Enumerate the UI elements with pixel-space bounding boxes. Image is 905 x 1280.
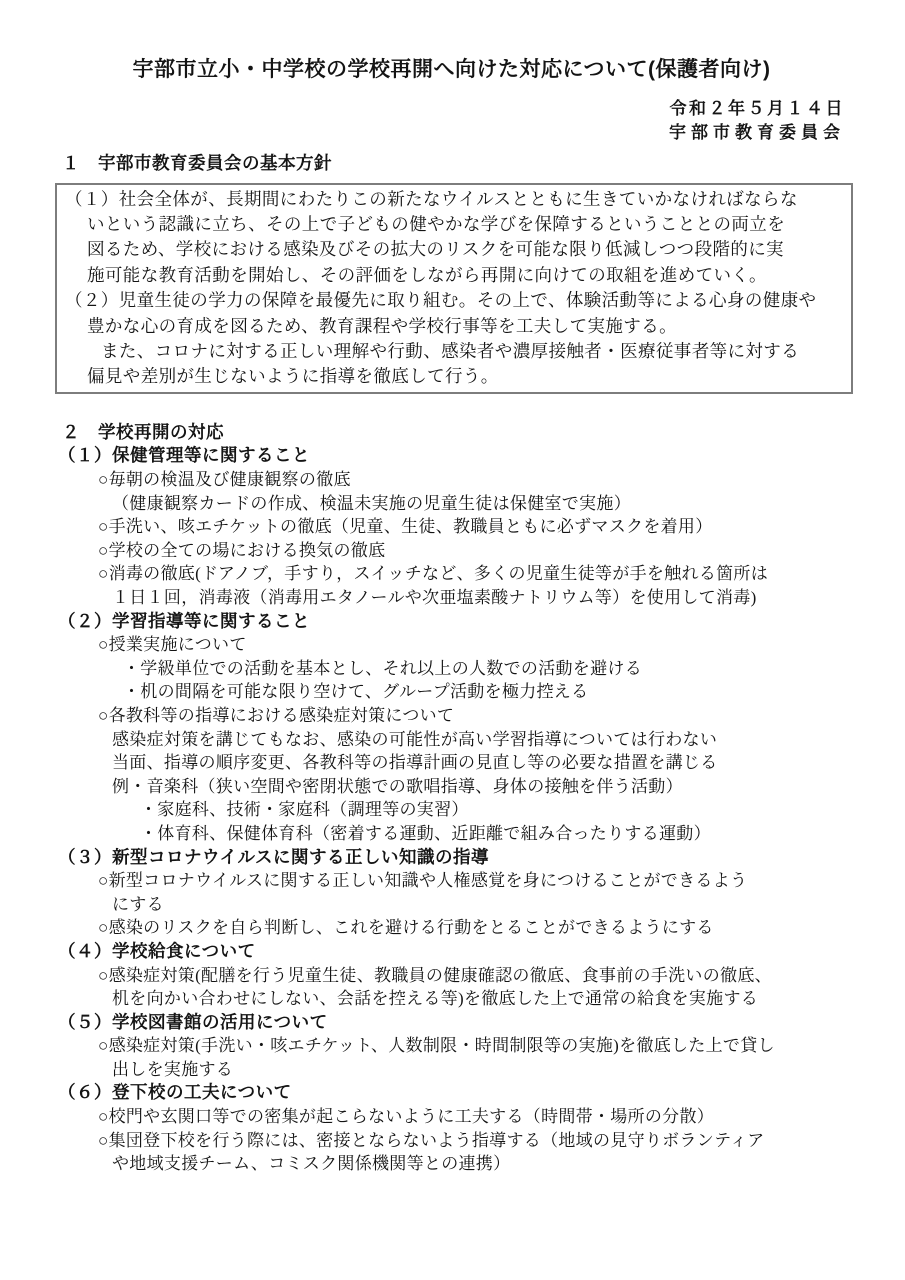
section1-heading: １ 宇部市教育委員会の基本方針 xyxy=(58,152,845,176)
page-title: 宇部市立小・中学校の学校再開へ向けた対応について(保護者向け) xyxy=(58,55,845,84)
document-page: 宇部市立小・中学校の学校再開へ向けた対応について(保護者向け) 令和２年５月１４… xyxy=(0,0,905,1280)
continuation-line: 感染症対策を講じてもなお、感染の可能性が高い学習指導については行わない xyxy=(58,728,845,752)
continuation-line: （健康観察カードの作成、検温未実施の児童生徒は保健室で実施） xyxy=(58,492,845,516)
basic-policy-box: （１）社会全体が、長期間にわたりこの新たなウイルスとともに生きていかなければなら… xyxy=(55,183,853,394)
policy-line: （２）児童生徒の学力の保障を最優先に取り組む。その上で、体験活動等による心身の健… xyxy=(65,288,845,313)
subsection-heading: （６）登下校の工夫について xyxy=(58,1081,845,1105)
bullet-line: ・家庭科、技術・家庭科（調理等の実習） xyxy=(58,798,845,822)
continuation-line: にする xyxy=(58,893,845,917)
continuation-line: 机を向かい合わせにしない、会話を控える等)を徹底した上で通常の給食を実施する xyxy=(58,987,845,1011)
bullet-line: ・机の間隔を可能な限り空けて、グループ活動を極力控える xyxy=(58,680,845,704)
policy-line: いという認識に立ち、その上で子どもの健やかな学びを保障するということとの両立を xyxy=(65,212,845,237)
continuation-line: 当面、指導の順序変更、各教科等の指導計画の見直し等の必要な措置を講じる xyxy=(58,751,845,775)
continuation-line: 出しを実施する xyxy=(58,1058,845,1082)
policy-line: 図るため、学校における感染及びその拡大のリスクを可能な限り低減しつつ段階的に実 xyxy=(65,237,845,262)
policy-line: また、コロナに対する正しい理解や行動、感染者や濃厚接触者・医療従事者等に対する xyxy=(65,339,845,364)
item-line: ○毎朝の検温及び健康観察の徹底 xyxy=(58,468,845,492)
bullet-line: ・体育科、保健体育科（密着する運動、近距離で組み合ったりする運動） xyxy=(58,822,845,846)
policy-line: 偏見や差別が生じないように指導を徹底して行う。 xyxy=(65,364,845,389)
continuation-line: や地域支援チーム、コミスク関係機関等との連携） xyxy=(58,1152,845,1176)
subsection-heading: （５）学校図書館の活用について xyxy=(58,1011,845,1035)
policy-line: （１）社会全体が、長期間にわたりこの新たなウイルスとともに生きていかなければなら… xyxy=(65,187,845,212)
item-line: ○手洗い、咳エチケットの徹底（児童、生徒、教職員ともに必ずマスクを着用） xyxy=(58,515,845,539)
section2-heading: ２ 学校再開の対応 xyxy=(58,421,845,445)
continuation-line: １日１回，消毒液（消毒用エタノールや次亜塩素酸ナトリウム等）を使用して消毒) xyxy=(58,586,845,610)
item-line: ○各教科等の指導における感染症対策について xyxy=(58,704,845,728)
policy-line: 豊かな心の育成を図るため、教育課程や学校行事等を工夫して実施する。 xyxy=(65,314,845,339)
policy-line: 施可能な教育活動を開始し、その評価をしながら再開に向けての取組を進めていく。 xyxy=(65,263,845,288)
item-line: ○校門や玄関口等での密集が起こらないように工夫する（時間帯・場所の分散） xyxy=(58,1105,845,1129)
subsection-heading: （２）学習指導等に関すること xyxy=(58,610,845,634)
item-line: ○学校の全ての場における換気の徹底 xyxy=(58,539,845,563)
subsection-heading: （１）保健管理等に関すること xyxy=(58,444,845,468)
item-line: ○授業実施について xyxy=(58,633,845,657)
item-line: ○消毒の徹底(ドアノブ，手すり，スイッチなど、多くの児童生徒等が手を触れる箇所は xyxy=(58,562,845,586)
item-line: ○集団登下校を行う際には、密接とならないよう指導する（地域の見守りボランティア xyxy=(58,1129,845,1153)
bullet-line: ・学級単位での活動を基本とし、それ以上の人数での活動を避ける xyxy=(58,657,845,681)
issuing-organization: 宇部市教育委員会 xyxy=(58,121,845,145)
item-line: ○感染症対策(手洗い・咳エチケット、人数制限・時間制限等の実施)を徹底した上で貸… xyxy=(58,1034,845,1058)
document-date: 令和２年５月１４日 xyxy=(58,97,845,121)
item-line: ○感染症対策(配膳を行う児童生徒、教職員の健康確認の徹底、食事前の手洗いの徹底、 xyxy=(58,964,845,988)
section2-body: （１）保健管理等に関すること ○毎朝の検温及び健康観察の徹底 （健康観察カードの… xyxy=(58,444,845,1175)
example-line: 例・音楽科（狭い空間や密閉状態での歌唱指導、身体の接触を伴う活動） xyxy=(58,775,845,799)
item-line: ○感染のリスクを自ら判断し、これを避ける行動をとることができるようにする xyxy=(58,916,845,940)
subsection-heading: （３）新型コロナウイルスに関する正しい知識の指導 xyxy=(58,846,845,870)
subsection-heading: （４）学校給食について xyxy=(58,940,845,964)
item-line: ○新型コロナウイルスに関する正しい知識や人権感覚を身につけることができるよう xyxy=(58,869,845,893)
